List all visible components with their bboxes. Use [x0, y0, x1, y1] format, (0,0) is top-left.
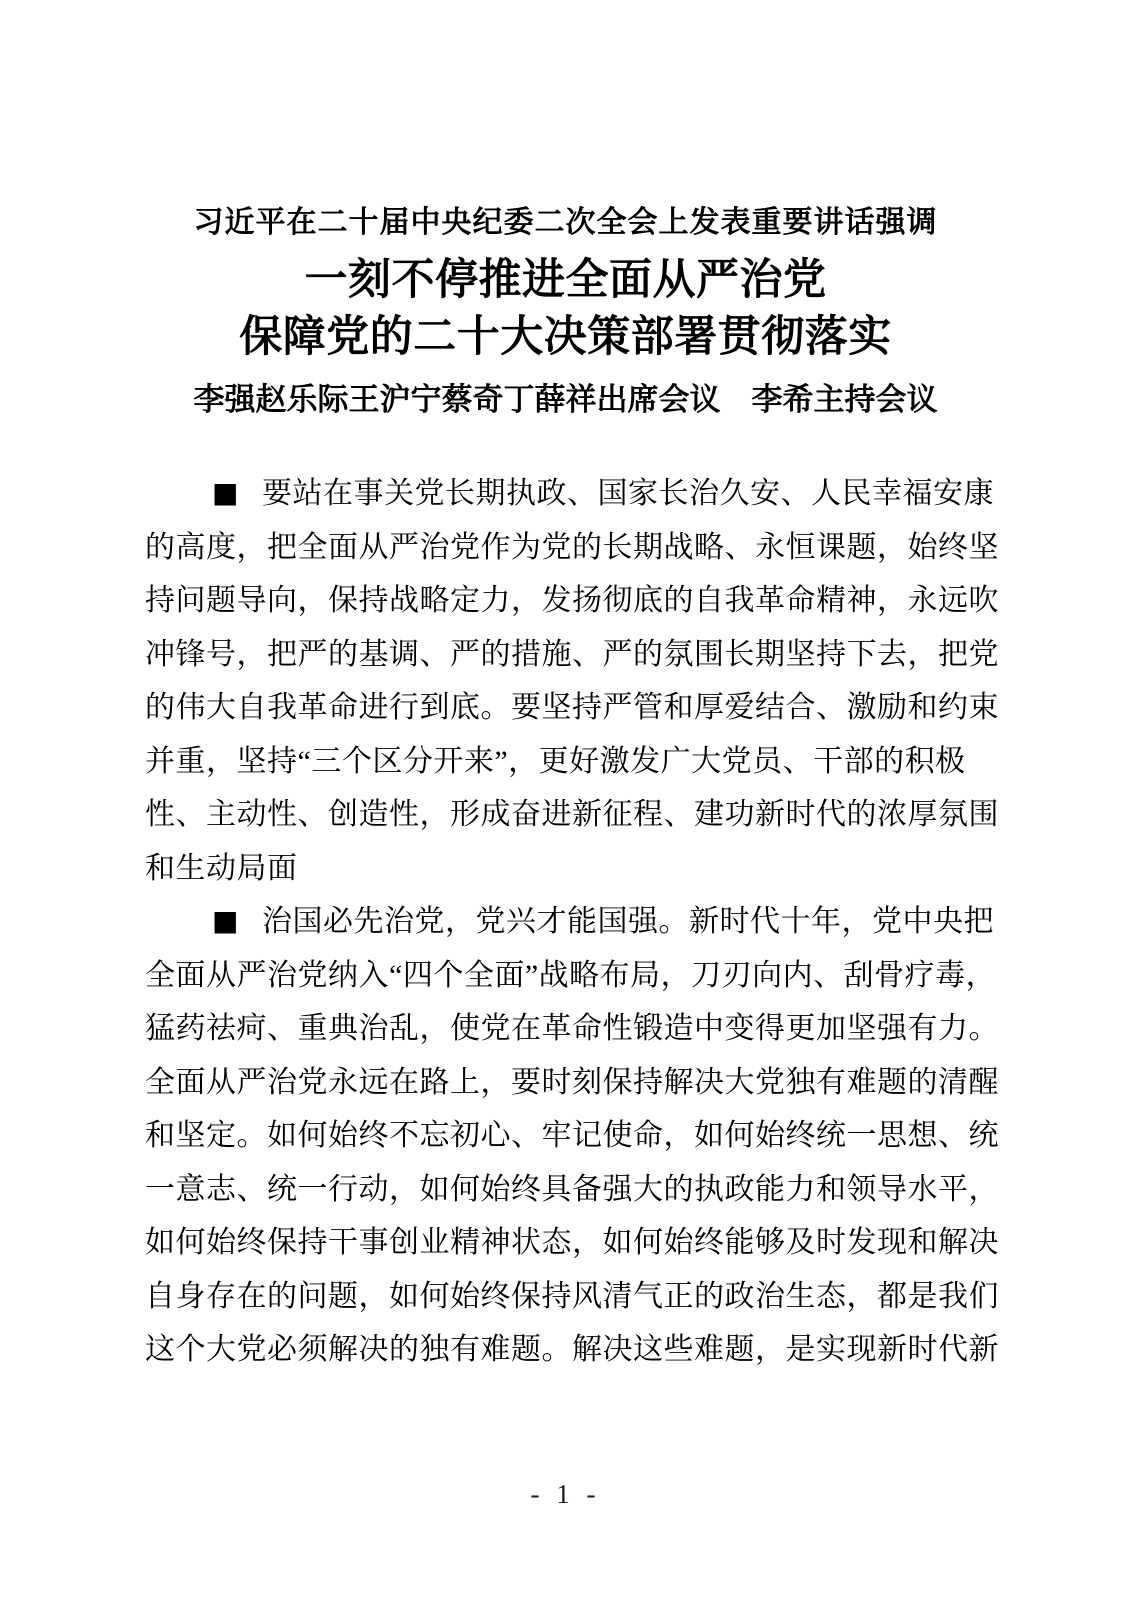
- body-line: 的伟大自我革命进行到底。要坚持严管和厚爱结合、激励和约束: [145, 681, 987, 735]
- body-line: 和坚定。如何始终不忘初心、牢记使命，如何始终统一思想、统: [145, 1109, 987, 1163]
- body-line: 全面从严治党纳入“四个全面”战略布局，刀刃向内、刮骨疗毒，: [145, 949, 987, 1003]
- line-text: 治国必先治党，党兴才能国强。新时代十年，党中央把: [262, 905, 994, 938]
- title-line-1: 一刻不停推进全面从严治党: [0, 252, 1131, 309]
- body-line: 如何始终保持干事创业精神状态，如何始终能够及时发现和解决: [145, 1216, 987, 1270]
- body-line: 全面从严治党永远在路上，要时刻保持解决大党独有难题的清醒: [145, 1056, 987, 1110]
- square-bullet-icon: ■: [212, 894, 239, 948]
- kicker-line: 习近平在二十届中央纪委二次全会上发表重要讲话强调: [0, 204, 1131, 242]
- paragraph-1: ■ 要站在事关党长期执政、国家长治久安、人民幸福安康 的高度，把全面从严治党作为…: [145, 467, 987, 895]
- body-line: ■ 要站在事关党长期执政、国家长治久安、人民幸福安康: [145, 467, 987, 521]
- byline: 李强赵乐际王沪宁蔡奇丁薛祥出席会议 李希主持会议: [0, 381, 1131, 419]
- body-line: ■ 治国必先治党，党兴才能国强。新时代十年，党中央把: [145, 895, 987, 949]
- line-text: 要站在事关党长期执政、国家长治久安、人民幸福安康: [262, 477, 994, 510]
- body-line: 持问题导向，保持战略定力，发扬彻底的自我革命精神，永远吹: [145, 574, 987, 628]
- body-line: 并重，坚持“三个区分开来”，更好激发广大党员、干部的积极: [145, 735, 987, 789]
- body-line: 的高度，把全面从严治党作为党的长期战略、永恒课题，始终坚: [145, 521, 987, 575]
- title-line-2: 保障党的二十大决策部署贯彻落实: [0, 309, 1131, 366]
- body-line: 这个大党必须解决的独有难题。解决这些难题，是实现新时代新: [145, 1323, 987, 1377]
- article-body: ■ 要站在事关党长期执政、国家长治久安、人民幸福安康 的高度，把全面从严治党作为…: [145, 467, 987, 1377]
- square-bullet-icon: ■: [212, 466, 239, 520]
- body-line: 冲锋号，把严的基调、严的措施、严的氛围长期坚持下去，把党: [145, 628, 987, 682]
- body-line: 猛药祛疴、重典治乱，使党在革命性锻造中变得更加坚强有力。: [145, 1002, 987, 1056]
- page-number: - 1 -: [0, 1479, 1131, 1510]
- body-line: 自身存在的问题，如何始终保持风清气正的政治生态，都是我们: [145, 1270, 987, 1324]
- main-title: 一刻不停推进全面从严治党 保障党的二十大决策部署贯彻落实: [0, 252, 1131, 366]
- body-line: 性、主动性、创造性，形成奋进新征程、建功新时代的浓厚氛围: [145, 788, 987, 842]
- body-line: 和生动局面: [145, 842, 987, 896]
- paragraph-2: ■ 治国必先治党，党兴才能国强。新时代十年，党中央把 全面从严治党纳入“四个全面…: [145, 895, 987, 1377]
- body-line: 一意志、统一行动，如何始终具备强大的执政能力和领导水平，: [145, 1163, 987, 1217]
- document-page: 习近平在二十届中央纪委二次全会上发表重要讲话强调 一刻不停推进全面从严治党 保障…: [0, 0, 1131, 1600]
- document-header: 习近平在二十届中央纪委二次全会上发表重要讲话强调 一刻不停推进全面从严治党 保障…: [0, 0, 1131, 419]
